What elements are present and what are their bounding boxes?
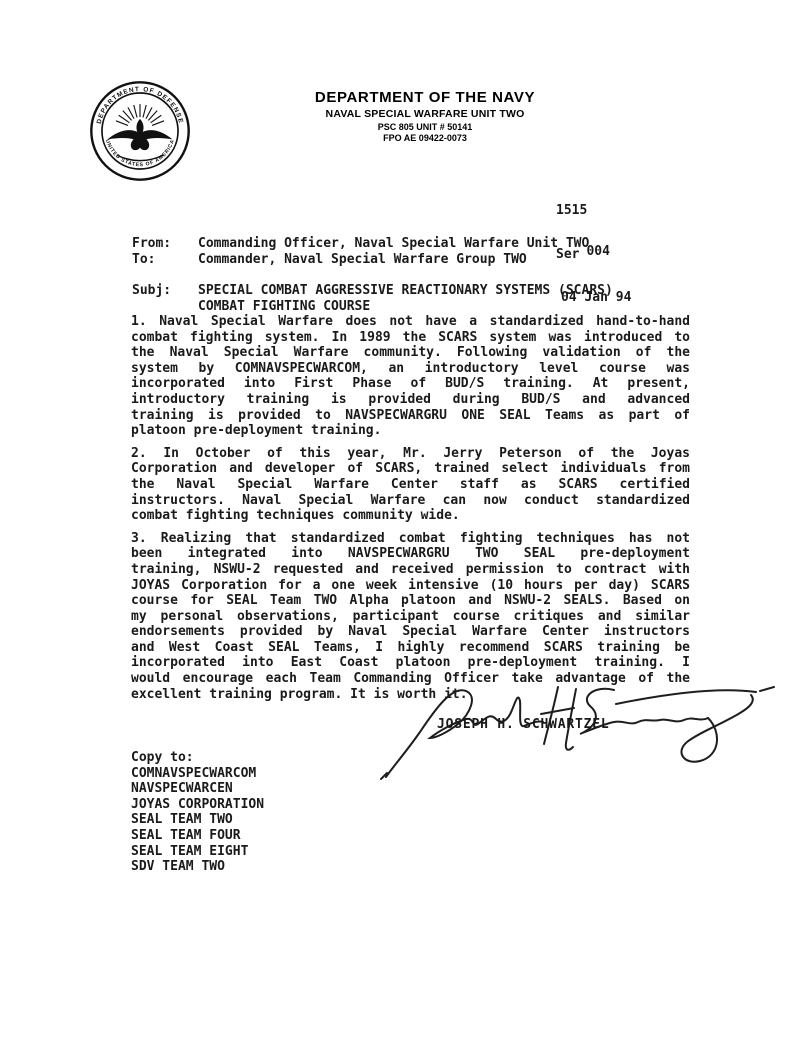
letterhead-address-line2: FPO AE 09422-0073 xyxy=(230,133,620,144)
subject-value: SPECIAL COMBAT AGGRESSIVE REACTIONARY SY… xyxy=(198,283,692,314)
text-line: 2. In October of this year, Mr. Jerry Pe… xyxy=(131,446,690,462)
letterhead-agency: DEPARTMENT OF THE NAVY xyxy=(230,89,620,106)
text-line: instructors. Naval Special Warfare can n… xyxy=(131,493,690,509)
text-line: COMNAVSPECWARCOM xyxy=(131,766,264,782)
signature-typed-name: JOSEPH H. SCHWARTZEL xyxy=(437,717,610,732)
seal-eagle xyxy=(108,119,173,150)
text-line: platoon pre-deployment training. xyxy=(131,423,690,439)
subject-line-1: SPECIAL COMBAT AGGRESSIVE REACTIONARY SY… xyxy=(198,283,692,299)
text-line: training, NSWU-2 requested and received … xyxy=(131,562,690,578)
text-line: SEAL TEAM EIGHT xyxy=(131,844,264,860)
text-line: my personal observations, participant co… xyxy=(131,609,690,625)
text-line: incorporated into East Coast platoon pre… xyxy=(131,655,690,671)
copy-to-block: Copy to: COMNAVSPECWARCOMNAVSPECWARCENJO… xyxy=(131,750,264,875)
to-value: Commander, Naval Special Warfare Group T… xyxy=(198,252,692,268)
text-line: system by COMNAVSPECWARCOM, an introduct… xyxy=(131,361,690,377)
to-label: To: xyxy=(132,252,198,268)
text-line: introductory training is provided during… xyxy=(131,392,690,408)
to-row: To: Commander, Naval Special Warfare Gro… xyxy=(132,252,692,268)
text-line: been integrated into NAVSPECWARGRU TWO S… xyxy=(131,546,690,562)
paragraph-3: 3. Realizing that standardized combat fi… xyxy=(131,531,690,703)
letterhead-address-line1: PSC 805 UNIT # 50141 xyxy=(230,122,620,133)
text-line: course for SEAL Team TWO Alpha platoon a… xyxy=(131,593,690,609)
from-row: From: Commanding Officer, Naval Special … xyxy=(132,236,692,252)
text-line: incorporated into First Phase of BUD/S t… xyxy=(131,376,690,392)
text-line: combat fighting techniques community wid… xyxy=(131,508,690,524)
copy-to-list: COMNAVSPECWARCOMNAVSPECWARCENJOYAS CORPO… xyxy=(131,766,264,875)
text-line: endorsements provided by Naval Special W… xyxy=(131,624,690,640)
dod-seal-icon: DEPARTMENT OF DEFENSE UNITED STATES OF A… xyxy=(84,80,196,182)
paragraph-2: 2. In October of this year, Mr. Jerry Pe… xyxy=(131,446,690,524)
navy-memo-document: DEPARTMENT OF DEFENSE UNITED STATES OF A… xyxy=(0,0,800,1038)
letterhead: DEPARTMENT OF THE NAVY NAVAL SPECIAL WAR… xyxy=(230,89,620,144)
memo-body: 1. Naval Special Warfare does not have a… xyxy=(131,314,690,709)
text-line: SEAL TEAM FOUR xyxy=(131,828,264,844)
text-line: JOYAS Corporation for a one week intensi… xyxy=(131,578,690,594)
paragraph-1: 1. Naval Special Warfare does not have a… xyxy=(131,314,690,439)
text-line: combat fighting system. In 1989 the SCAR… xyxy=(131,330,690,346)
ssic-code: 1515 xyxy=(556,204,631,219)
text-line: Corporation and developer of SCARS, trai… xyxy=(131,461,690,477)
subject-row: Subj: SPECIAL COMBAT AGGRESSIVE REACTION… xyxy=(132,283,692,314)
text-line: and West Coast SEAL Teams, I highly reco… xyxy=(131,640,690,656)
text-line: the Naval Special Warfare Center staff a… xyxy=(131,477,690,493)
text-line: 1. Naval Special Warfare does not have a… xyxy=(131,314,690,330)
text-line: the Naval Special Warfare community. Fol… xyxy=(131,345,690,361)
text-line: JOYAS CORPORATION xyxy=(131,797,264,813)
from-value: Commanding Officer, Naval Special Warfar… xyxy=(198,236,692,252)
address-block: From: Commanding Officer, Naval Special … xyxy=(132,236,692,314)
from-label: From: xyxy=(132,236,198,252)
subject-line-2: COMBAT FIGHTING COURSE xyxy=(198,299,692,315)
text-line: SEAL TEAM TWO xyxy=(131,812,264,828)
text-line: training is provided to NAVSPECWARGRU ON… xyxy=(131,408,690,424)
letterhead-unit: NAVAL SPECIAL WARFARE UNIT TWO xyxy=(230,108,620,120)
text-line: NAVSPECWARCEN xyxy=(131,781,264,797)
copy-to-label: Copy to: xyxy=(131,750,264,766)
subject-label: Subj: xyxy=(132,283,198,299)
text-line: 3. Realizing that standardized combat fi… xyxy=(131,531,690,547)
text-line: SDV TEAM TWO xyxy=(131,859,264,875)
